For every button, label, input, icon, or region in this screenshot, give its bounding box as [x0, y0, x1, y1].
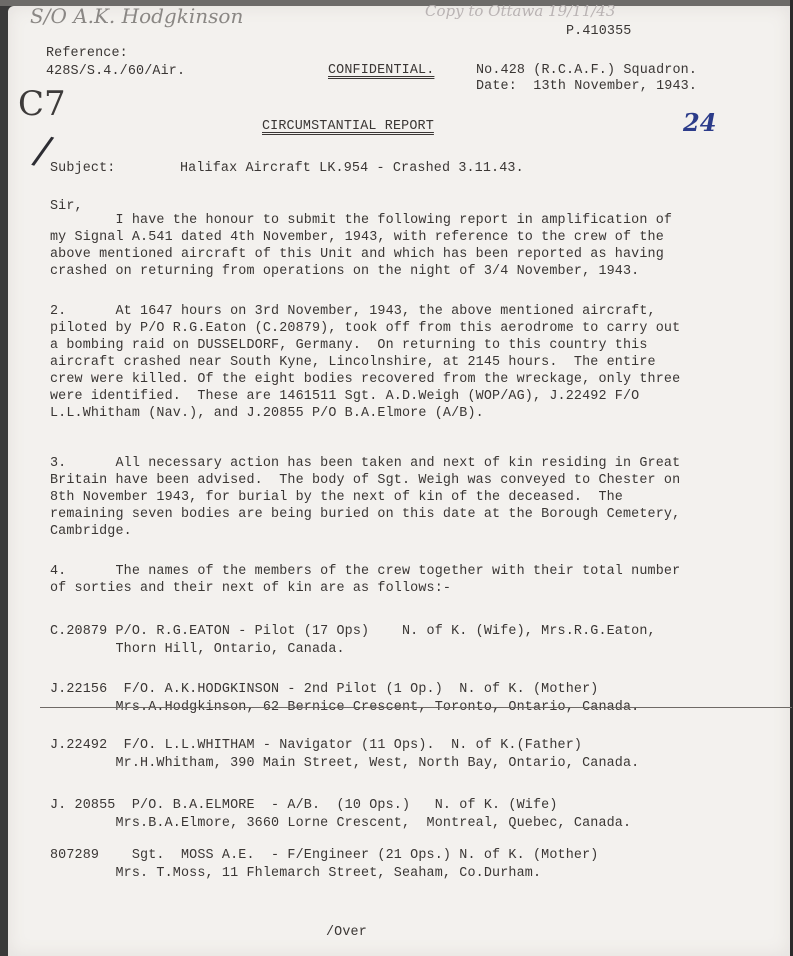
subject-label: Subject:	[50, 160, 116, 178]
paragraph-line: L.L.Whitham (Nav.), and J.20855 P/O B.A.…	[50, 405, 484, 423]
crew-line: Mrs. T.Moss, 11 Fhlemarch Street, Seaham…	[50, 865, 541, 883]
paragraph-line: aircraft crashed near South Kyne, Lincol…	[50, 354, 656, 372]
reference-value: 428S/S.4./60/Air.	[46, 63, 185, 81]
paragraph-line: remaining seven bodies are being buried …	[50, 506, 680, 524]
report-date: Date: 13th November, 1943.	[476, 78, 697, 96]
paragraph-line: of sorties and their next of kin are as …	[50, 580, 451, 598]
paragraph-line: my Signal A.541 dated 4th November, 1943…	[50, 229, 664, 247]
crew-line: C.20879 P/O. R.G.EATON - Pilot (17 Ops) …	[50, 623, 656, 641]
report-title: CIRCUMSTANTIAL REPORT	[262, 118, 434, 136]
handwritten-page-number: 24	[683, 108, 716, 137]
paragraph-line: a bombing raid on DUSSELDORF, Germany. O…	[50, 337, 648, 355]
crew-line: Mrs.A.Hodgkinson, 62 Bernice Crescent, T…	[50, 699, 639, 717]
handwritten-margin-mark: C7	[18, 84, 66, 124]
crew-line: 807289 Sgt. MOSS A.E. - F/Engineer (21 O…	[50, 847, 598, 865]
paragraph-line: 3. All necessary action has been taken a…	[50, 455, 680, 473]
paragraph-line: above mentioned aircraft of this Unit an…	[50, 246, 664, 264]
paragraph-line: piloted by P/O R.G.Eaton (C.20879), took…	[50, 320, 680, 338]
paragraph-line: Cambridge.	[50, 523, 132, 541]
paragraph-line: crashed on returning from operations on …	[50, 263, 639, 281]
paragraph-line: crew were killed. Of the eight bodies re…	[50, 371, 680, 389]
paragraph-line: were identified. These are 1461511 Sgt. …	[50, 388, 639, 406]
file-number: P.410355	[566, 23, 632, 41]
paragraph-line: 4. The names of the members of the crew …	[50, 563, 680, 581]
crew-line: Mr.H.Whitham, 390 Main Street, West, Nor…	[50, 755, 639, 773]
handwritten-name-note: S/O A.K. Hodgkinson	[30, 4, 243, 28]
crew-line: Mrs.B.A.Elmore, 3660 Lorne Crescent, Mon…	[50, 815, 631, 833]
underline-rule	[40, 707, 792, 708]
classification-label: CONFIDENTIAL.	[328, 62, 434, 80]
subject-value: Halifax Aircraft LK.954 - Crashed 3.11.4…	[180, 160, 524, 178]
crew-line: Thorn Hill, Ontario, Canada.	[50, 641, 345, 659]
paragraph-line: I have the honour to submit the followin…	[50, 212, 672, 230]
crew-line: J.22492 F/O. L.L.WHITHAM - Navigator (11…	[50, 737, 582, 755]
crew-line: J.22156 F/O. A.K.HODGKINSON - 2nd Pilot …	[50, 681, 598, 699]
paragraph-line: Britain have been advised. The body of S…	[50, 472, 680, 490]
paragraph-line: 8th November 1943, for burial by the nex…	[50, 489, 623, 507]
crew-line: J. 20855 P/O. B.A.ELMORE - A/B. (10 Ops.…	[50, 797, 558, 815]
handwritten-copy-note: Copy to Ottawa 19/11/43	[425, 2, 615, 20]
reference-label: Reference:	[46, 45, 128, 63]
continued-over-note: /Over	[326, 924, 367, 942]
paragraph-line: 2. At 1647 hours on 3rd November, 1943, …	[50, 303, 656, 321]
